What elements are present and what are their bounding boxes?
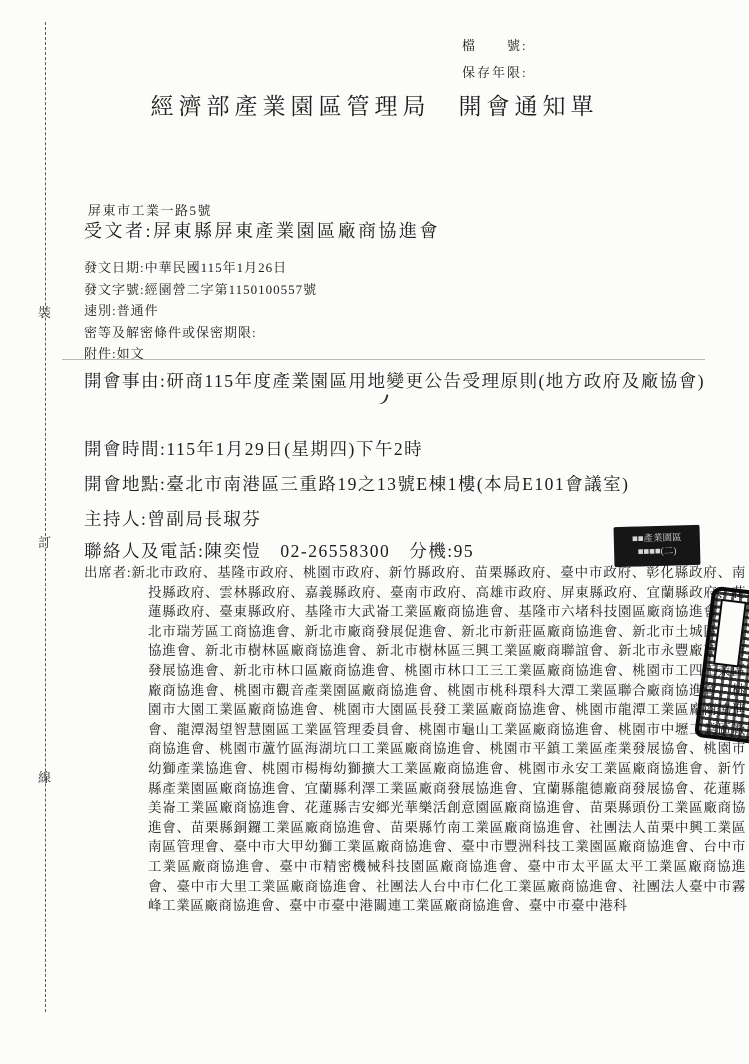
meeting-place-value: 臺北市南港區三重路19之13號E棟1樓(本局E101會議室)	[166, 474, 629, 494]
binding-char-ding: 訂	[38, 532, 51, 551]
meeting-time-value: 115年1月29日(星期四)下午2時	[166, 439, 423, 459]
pen-mark	[375, 392, 388, 407]
edge-official-stamp-inner	[713, 599, 747, 668]
speed-class-line: 速別:普通件	[84, 300, 317, 322]
meeting-time-label: 開會時間:	[84, 439, 166, 459]
binding-char-zhuang: 裝	[38, 302, 51, 321]
receipt-stamp: ■■產業園區 ■■■■(二)	[613, 525, 700, 567]
recipient-line: 受文者:屏東縣屏東產業園區廠商協進會	[84, 217, 440, 243]
meeting-contact-value: 陳奕愷 02-26558300 分機:95	[204, 541, 474, 561]
meeting-contact-line: 聯絡人及電話:陳奕愷 02-26558300 分機:95	[84, 538, 474, 563]
attendees-list: 新北市政府、基隆市政府、桃園市政府、新竹縣政府、苗栗縣政府、臺中市政府、彰化縣政…	[131, 565, 746, 913]
meeting-time-line: 開會時間:115年1月29日(星期四)下午2時	[84, 436, 423, 461]
attachment-line: 附件:如文	[84, 343, 317, 365]
meeting-contact-label: 聯絡人及電話:	[84, 541, 204, 561]
document-meta-block: 發文日期:中華民國115年1月26日 發文字號:經園營二字第1150100557…	[84, 257, 317, 365]
receipt-stamp-line2: ■■■■(二)	[614, 545, 700, 560]
meeting-place-line: 開會地點:臺北市南港區三重路19之13號E棟1樓(本局E101會議室)	[84, 471, 629, 496]
attendees-label: 出席者:	[84, 565, 131, 580]
binding-char-xian: 線	[38, 767, 51, 786]
section-divider	[62, 359, 705, 360]
binding-dashed-line	[45, 22, 46, 1012]
retention-period-label: 保存年限:	[462, 59, 528, 86]
meeting-chair-value: 曾副局長琡芬	[147, 509, 261, 529]
security-class-line: 密等及解密條件或保密期限:	[84, 322, 317, 344]
meeting-subject-value: 研商115年度產業園區用地變更公告受理原則(地方政府及廠協會)	[166, 371, 705, 391]
meeting-chair-line: 主持人:曾副局長琡芬	[84, 506, 261, 531]
meeting-subject-line: 開會事由:研商115年度產業園區用地變更公告受理原則(地方政府及廠協會)	[84, 366, 749, 397]
scanned-meeting-notice-page: 檔 號: 保存年限: 經濟部產業園區管理局 開會通知單 屏東市工業一路5號 受文…	[0, 0, 749, 1064]
meeting-subject-label: 開會事由:	[84, 371, 166, 391]
page-title: 經濟部產業園區管理局 開會通知單	[0, 88, 749, 121]
meeting-chair-label: 主持人:	[84, 509, 147, 529]
attendees-paragraph: 出席者:新北市政府、基隆市政府、桃園市政府、新竹縣政府、苗栗縣政府、臺中市政府、…	[84, 563, 746, 916]
meeting-place-label: 開會地點:	[84, 474, 166, 494]
issue-date-line: 發文日期:中華民國115年1月26日	[84, 257, 317, 279]
file-number-label: 檔 號:	[462, 32, 528, 59]
doc-number-line: 發文字號:經園營二字第1150100557號	[84, 279, 317, 301]
archive-corner-meta: 檔 號: 保存年限:	[462, 32, 528, 86]
